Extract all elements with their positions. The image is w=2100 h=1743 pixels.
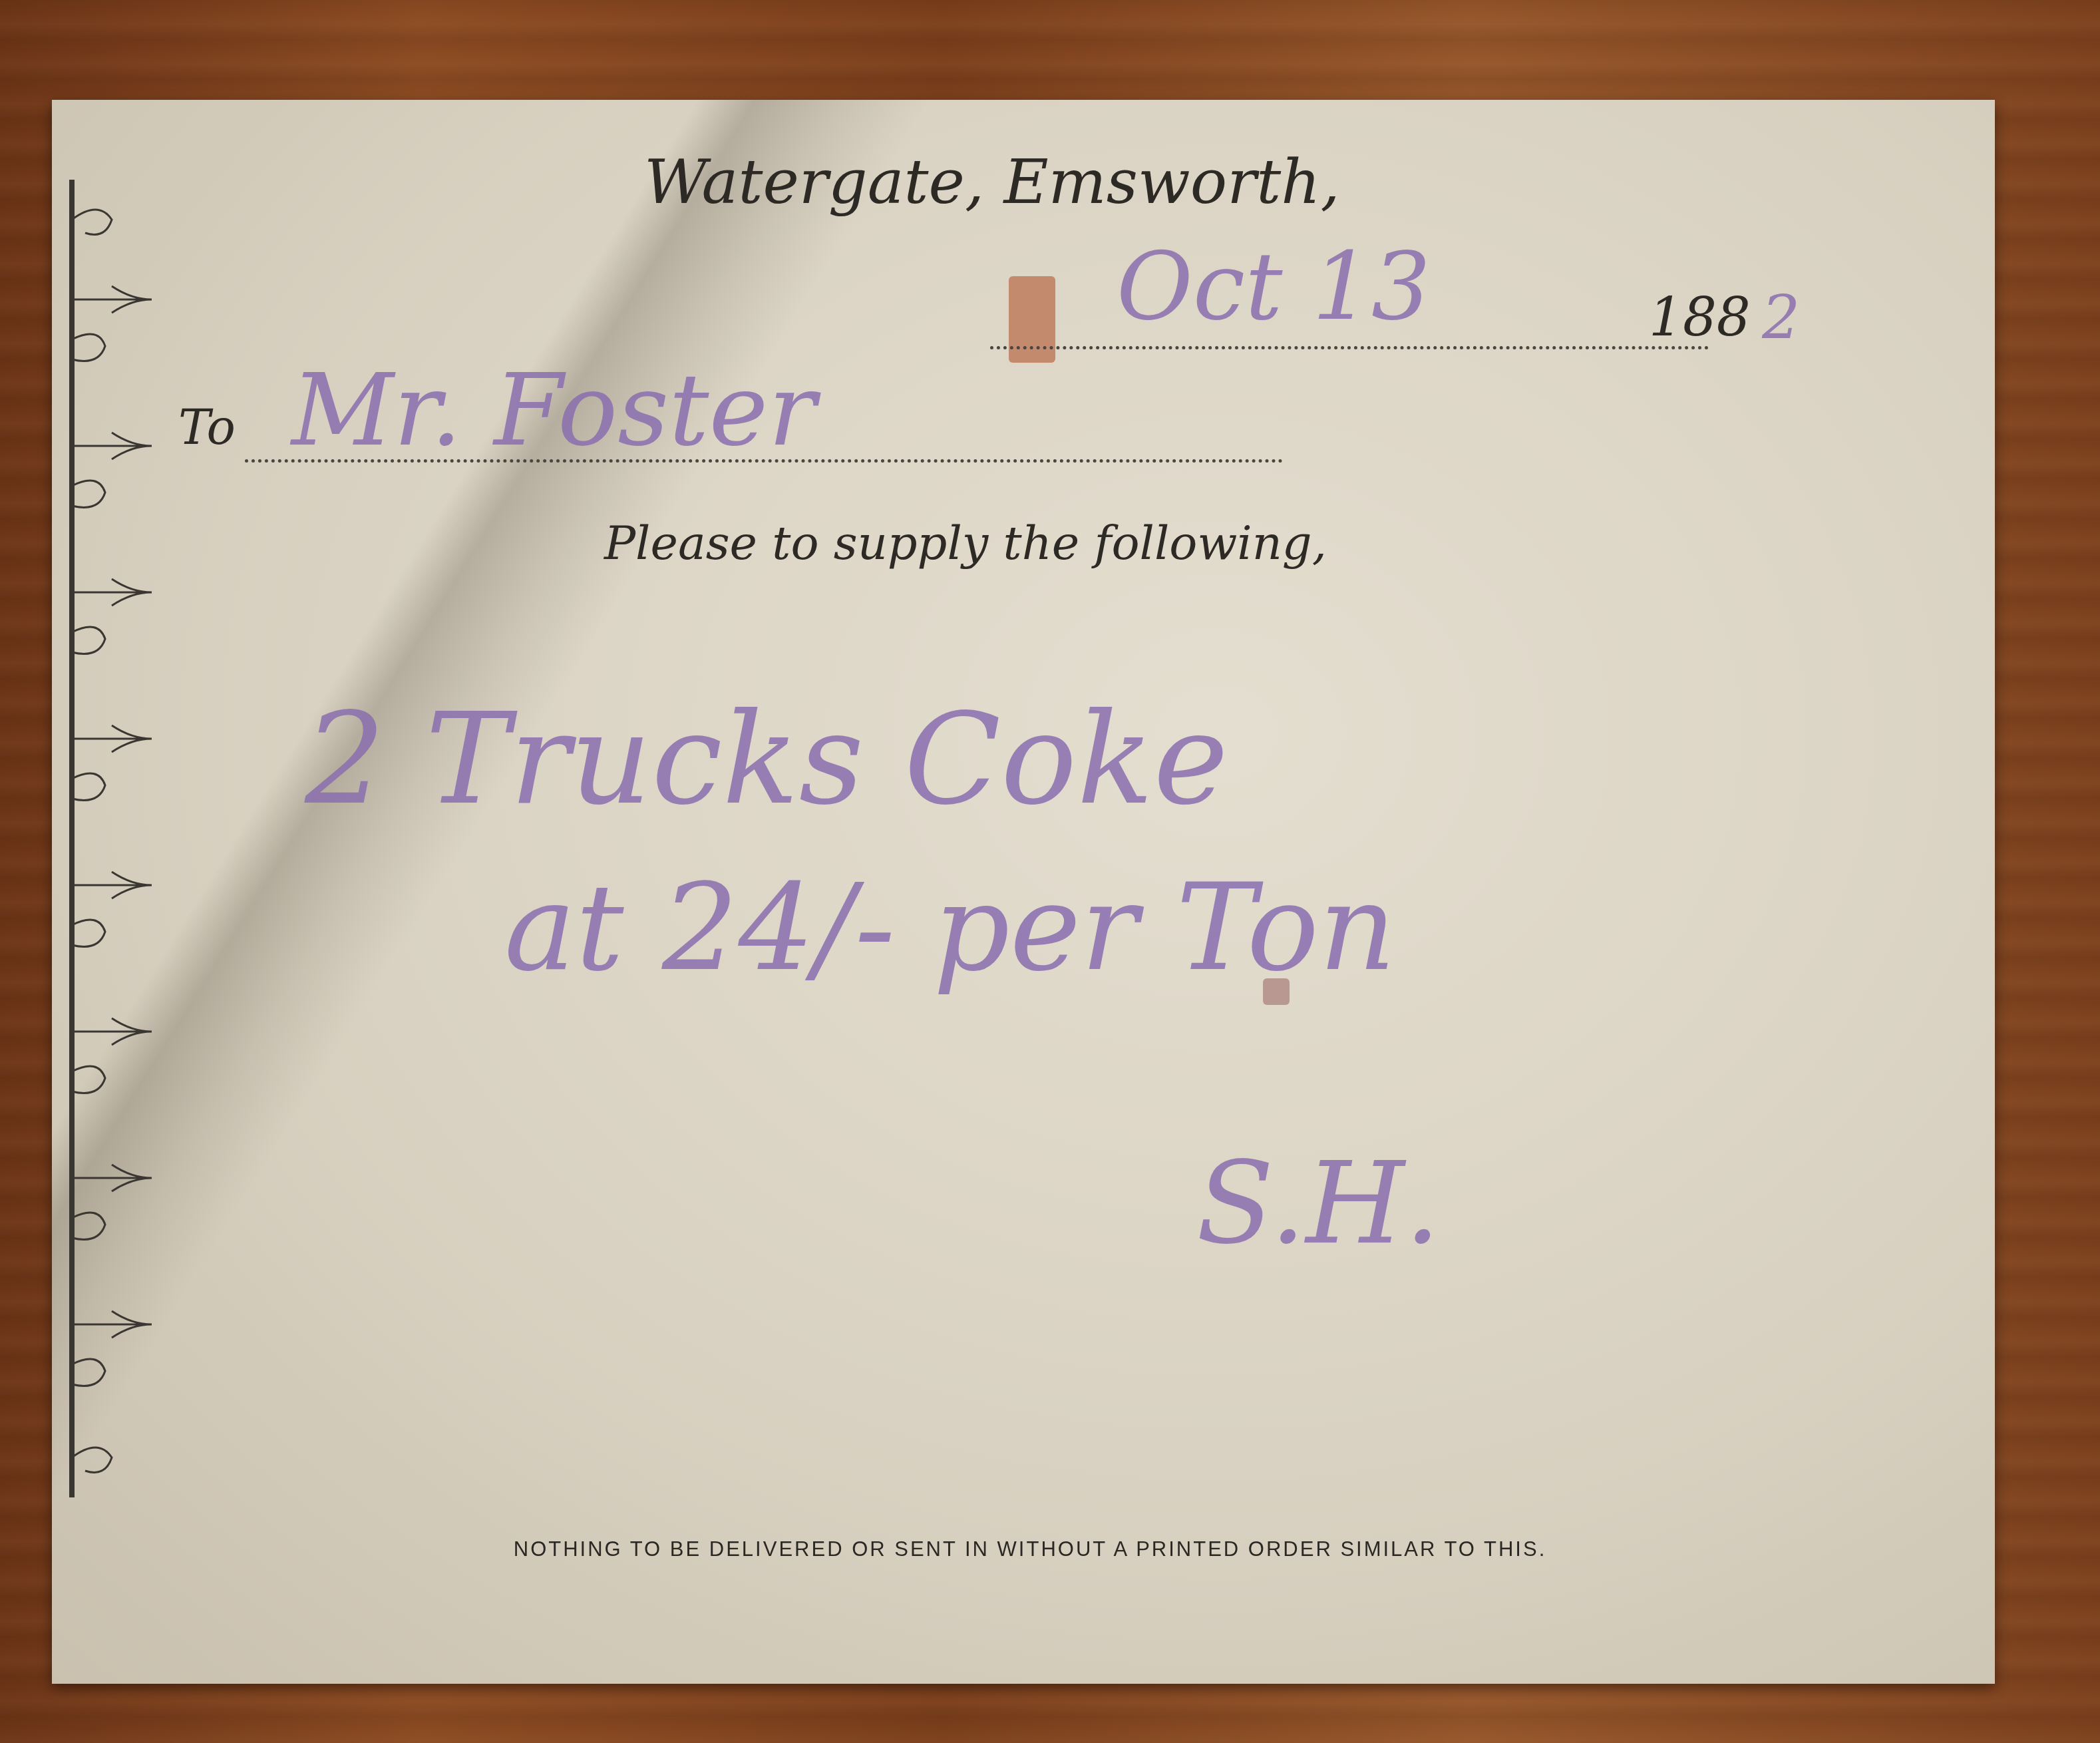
recipient-name: Mr. Foster: [291, 353, 816, 469]
handwritten-date: Oct 13: [1117, 233, 1431, 341]
torn-hole: [1009, 276, 1055, 363]
date-line: [990, 346, 1709, 349]
footer-notice: NOTHING TO BE DELIVERED OR SENT IN WITHO…: [331, 1537, 1729, 1561]
order-form-paper: Watergate, Emsworth, Oct 13 188 2 To Mr.…: [52, 100, 1995, 1684]
small-torn-hole: [1263, 978, 1290, 1005]
order-line-2: at 24/- per Ton: [504, 859, 1396, 998]
decorative-border-ornament-icon: [52, 180, 158, 1497]
signature: S.H.: [1196, 1138, 1441, 1270]
recipient-line: [245, 459, 1283, 463]
handwritten-year-digit: 2: [1762, 283, 1800, 353]
instruction-text: Please to supply the following,: [604, 516, 1327, 570]
address-header: Watergate, Emsworth,: [644, 146, 1340, 218]
printed-year-prefix: 188: [1649, 286, 1751, 348]
to-label: To: [178, 399, 236, 455]
order-line-1: 2 Trucks Coke: [305, 685, 1228, 833]
